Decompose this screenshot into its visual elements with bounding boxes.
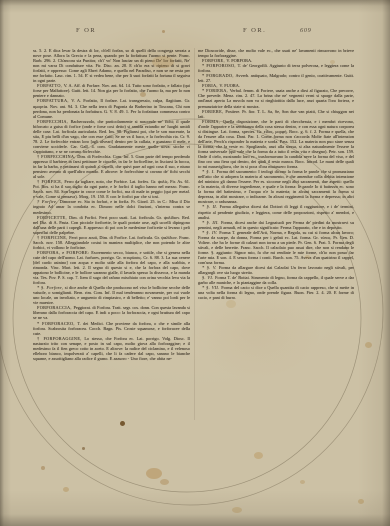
foxing-spot: [300, 480, 305, 484]
foxing-spot: [152, 56, 174, 68]
entry-paragraph: FORFATTURA, V. A. Forfatto, Il forfare. …: [33, 98, 190, 118]
entry-paragraph: FORFECCHIA, Bacherozzolo, che particolar…: [33, 119, 190, 154]
column-divider: [194, 48, 195, 420]
continuation-paragraph: me Dioscoride, disse, che molto vale ec.…: [198, 48, 354, 58]
entry-headword: FORMA,: [202, 119, 223, 124]
entry-headword: * FORIERA,: [202, 88, 230, 93]
entry-paragraph: † FORFECCHINA, Dim. di Forfecchia. Com. …: [33, 154, 190, 179]
entry-headword: * FORFORACEO,: [37, 321, 77, 326]
entry-paragraph: FORFATTO, V. A. Aff. di Forfare. Nov. an…: [33, 83, 190, 98]
entry-headword: FORFICETTE,: [37, 215, 69, 220]
foxing-spot: [330, 60, 335, 64]
entry-headword: FORFATTURA,: [37, 98, 71, 103]
entry-headword: * §. III.: [202, 220, 221, 225]
foxing-spot: [232, 507, 242, 513]
foxing-spot: [365, 342, 372, 348]
entry-paragraph: FORFICETTE, Dim. di Forfici. Ferri poco …: [33, 215, 190, 235]
entry-headword: * §. IV.: [202, 230, 219, 235]
entry-headword: §. VI.: [202, 275, 215, 280]
foxing-spot: [160, 479, 169, 485]
entry-headword: † FORFICINE,: [37, 235, 69, 240]
entry-paragraph: FORMA, Quella disposizione, che le parti…: [198, 119, 354, 169]
entry-paragraph: FORFORA, e FORFORE: Escremento secco, bi…: [33, 250, 190, 285]
entry-paragraph: FORIERE, Postiere. Pr. fior. T. L. Sa, S…: [198, 109, 354, 119]
entry-headword: * §. V.: [202, 265, 219, 270]
entry-headword: * §. Forfore,: [37, 285, 65, 290]
running-title-right: F OR.: [243, 27, 266, 34]
foxing-spot: [146, 468, 162, 479]
foxing-spot: [140, 92, 146, 97]
entry-headword: † FORFORAGGINE,: [37, 336, 84, 341]
page-number: 609: [300, 27, 311, 34]
entry-headword: * §. I.: [202, 169, 217, 174]
entry-headword: * §. VII.: [202, 285, 221, 290]
entry-paragraph: * FORFORACEO, T. dei Medici. Che provien…: [33, 321, 190, 336]
foxing-spot: [162, 30, 165, 33]
entry-paragraph: * FORIERA, Verbal. femm. di Foriere, usa…: [198, 88, 354, 108]
foxing-spot: [305, 255, 310, 259]
entry-paragraph: * §. I. Forma del sacramento: I teologi …: [198, 169, 354, 204]
right-text-column: me Dioscoride, disse, che molto vale ec.…: [198, 48, 354, 416]
foxing-spot: [226, 300, 236, 308]
entry-paragraph: † FORFICINE, Ferri poco acuti, Dim. di F…: [33, 235, 190, 250]
left-text-column: ss. 5. 2. E dica levar la destra di lor,…: [33, 48, 190, 429]
entry-paragraph: * §. II. Forma allegativa dicesi dai Dot…: [198, 204, 354, 219]
entry-paragraph: † FORFICE, Ferro da tagliare, noto, che …: [33, 179, 190, 199]
entry-headword: FORFORA, e FORFORE:: [37, 250, 91, 255]
entry-paragraph: * §. IV. Forma T. generale dell'Arti, No…: [198, 230, 354, 265]
foxing-spot: [82, 447, 85, 450]
entry-headword: * FORGRADO,: [202, 73, 236, 78]
entry-headword: † FORFICE,: [37, 179, 64, 184]
entry-paragraph: FORFORACCIA, Peggiorat. di Forfora. Trat…: [33, 305, 190, 320]
foxing-spot: [63, 487, 69, 492]
entry-paragraph: * FORGRADO, Avverb. antiquato, Malgrado;…: [198, 73, 354, 83]
entry-paragraph: † Forfire, Dimorare ec. Sta in forfari, …: [33, 199, 190, 214]
entry-paragraph: §. VI. Forma T. de' Bottai. Strumento di…: [198, 275, 354, 285]
running-title-left: F OR: [76, 27, 96, 34]
entry-paragraph: * §. III. Forma, dicesi anche dai Legnai…: [198, 220, 354, 230]
entry-paragraph: * §. V. Forma da allargare dicesi dai Ca…: [198, 265, 354, 275]
foxing-spot: [254, 452, 263, 459]
scanned-book-page: F OR F OR. 609 ss. 5. 2. E dica levar la…: [0, 0, 390, 526]
entry-headword: FORFORACCIA,: [37, 305, 73, 310]
entry-headword: FORIERE,: [202, 109, 225, 114]
entry-headword: † Forfire,: [37, 199, 60, 204]
entry-paragraph: † FORFORAGGINE, Lo stesso, che Forfora e…: [33, 336, 190, 361]
entry-headword: † FORFECCHINA,: [37, 154, 77, 159]
entry-paragraph: * FORFOROSO, T. de' Georgofili. Aggiunto…: [198, 63, 354, 73]
foxing-spot: [120, 421, 125, 426]
entry-paragraph: * §. VII. Forma del cacio si dice a Quel…: [198, 285, 354, 300]
foxing-spot: [41, 466, 45, 470]
entry-headword: * §. II.: [202, 204, 220, 209]
entry-headword: FORFATTO,: [37, 83, 64, 88]
entry-headword: FORFECCHIA,: [37, 119, 71, 124]
foxing-spot: [358, 499, 364, 504]
entry-paragraph: * §. Forfore, si dice anche di Quella ch…: [33, 285, 190, 305]
entry-headword: * FORFOROSO,: [202, 63, 238, 68]
